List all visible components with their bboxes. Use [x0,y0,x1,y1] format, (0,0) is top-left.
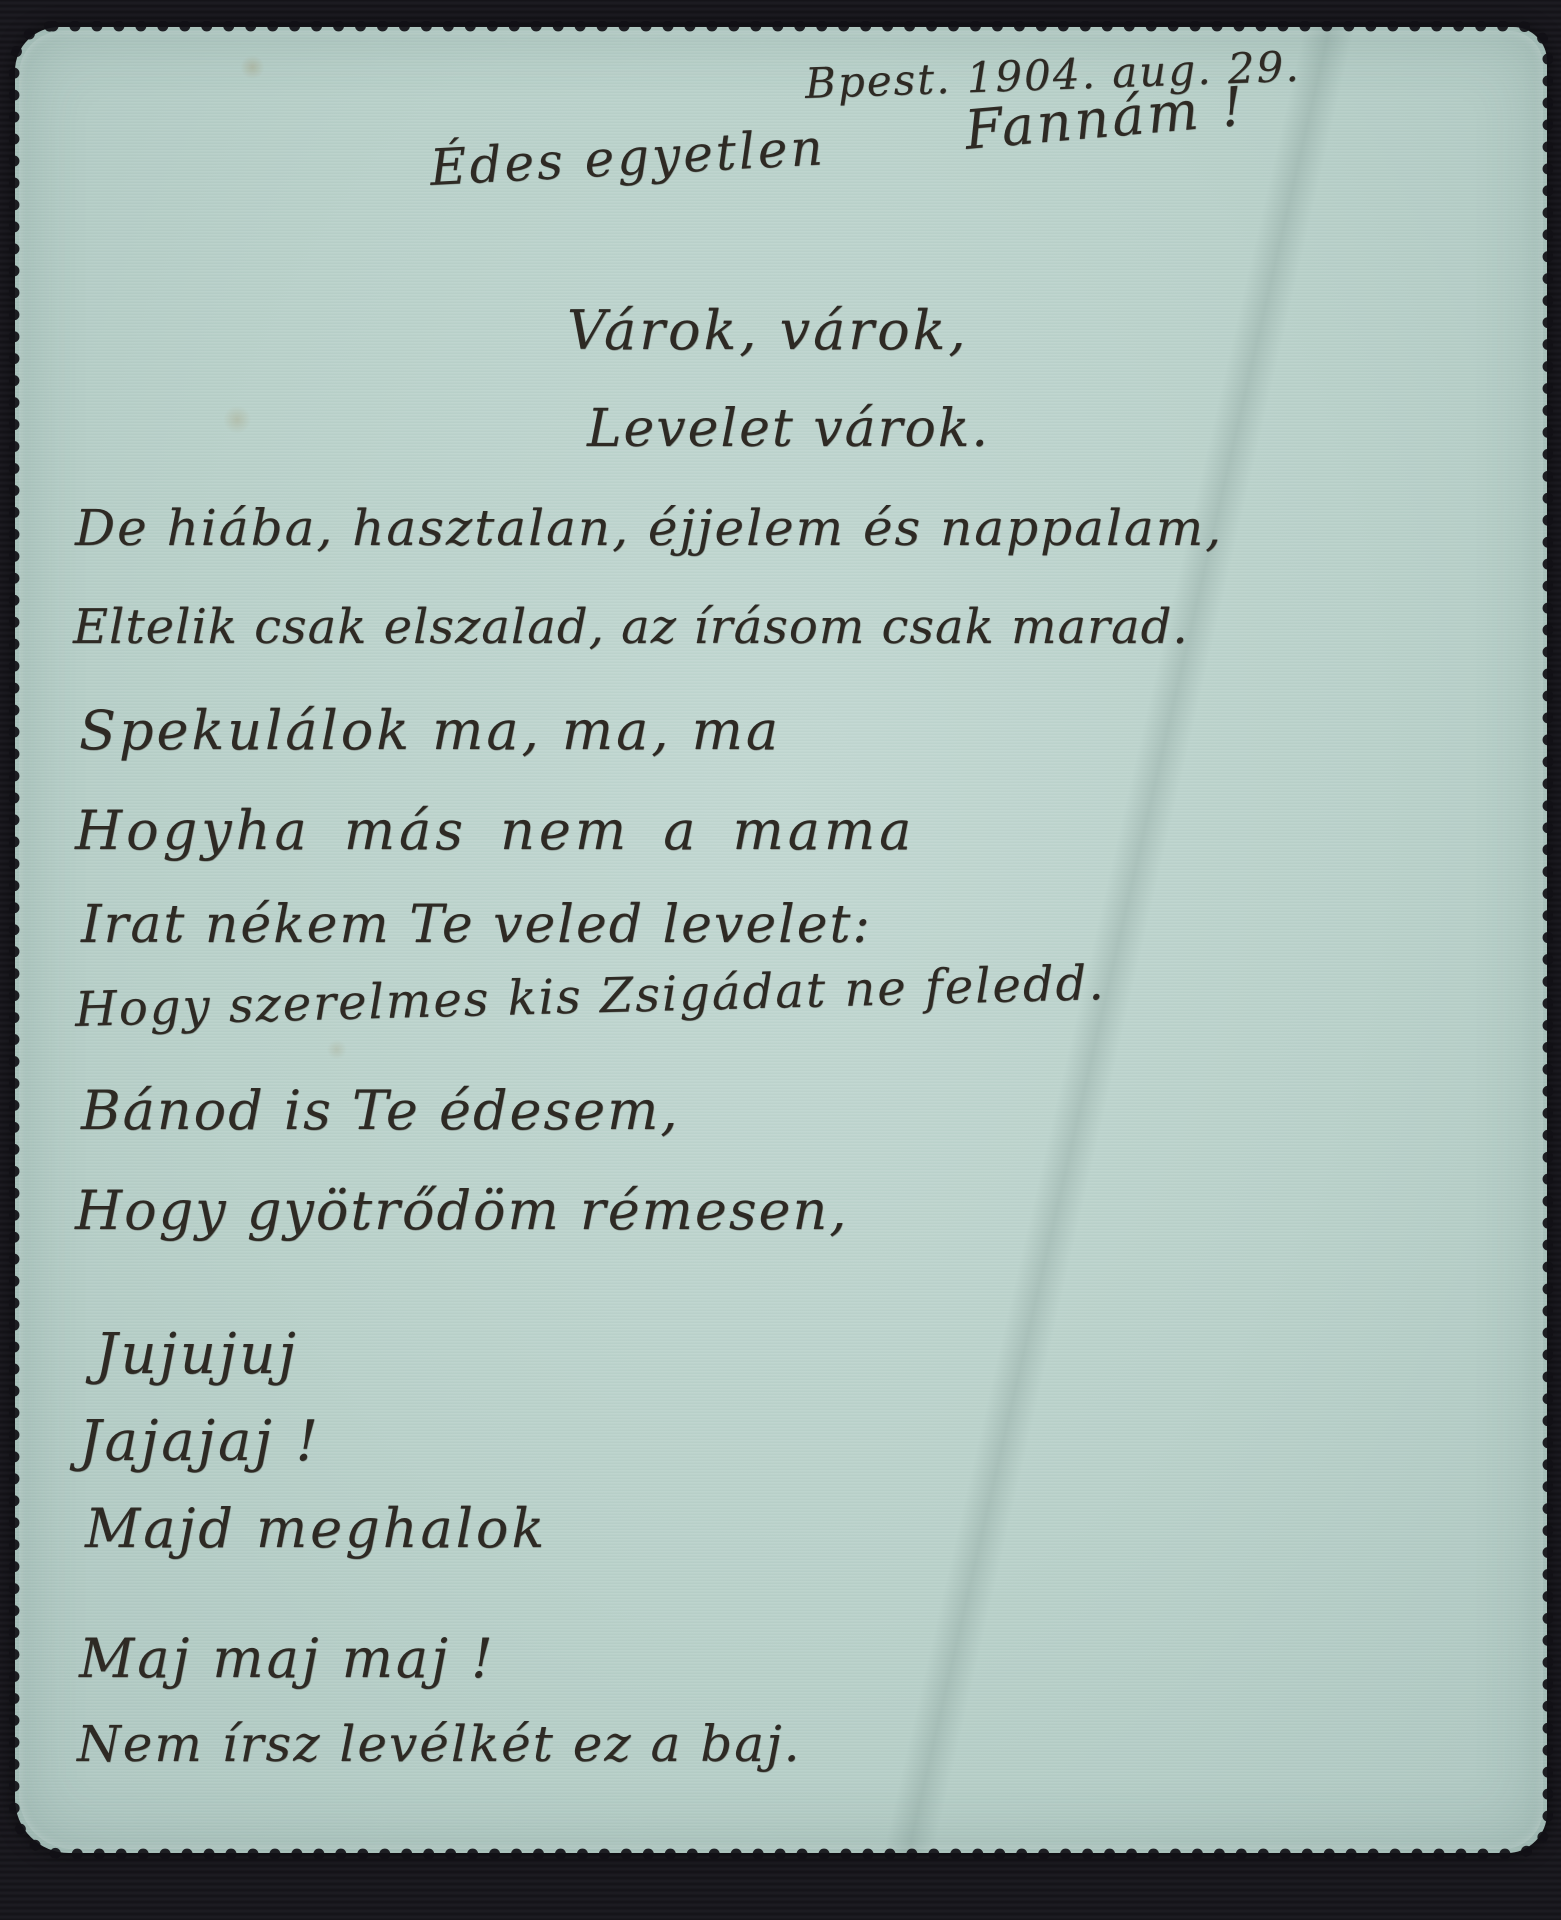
handwritten-line-2: Levelet várok. [587,399,990,459]
handwritten-line-6: Hogyha más nem a mama [75,799,915,862]
handwritten-line-15: Nem írsz levélkét ez a baj. [77,1715,801,1773]
handwritten-line-10: Hogy gyötrődöm rémesen, [75,1179,848,1242]
handwritten-line-7: Irat nékem Te veled levelet: [81,895,872,955]
handwritten-line-13: Majd meghalok [85,1497,547,1560]
handwritten-line-5: Spekulálok ma, ma, ma [79,699,781,762]
salutation-text: Édes egyetlen [428,118,826,197]
handwritten-line-8: Hogy szerelmes kis Zsigádat ne feledd. [74,955,1106,1038]
handwritten-line-1: Várok, várok, [567,299,969,362]
handwritten-line-11: Jujujuj [95,1322,299,1387]
handwritten-line-14: Maj maj maj ! [79,1627,496,1690]
handwritten-line-12: Jajajaj ! [79,1409,321,1474]
handwritten-line-4: Eltelik csak elszalad, az írásom csak ma… [73,599,1189,655]
letter-card: Bpest. 1904. aug. 29. Édes egyetlen Fann… [15,27,1547,1853]
handwritten-line-3: De hiába, hasztalan, éjjelem és nappalam… [75,499,1223,557]
handwritten-line-9: Bánod is Te édesem, [81,1079,680,1142]
